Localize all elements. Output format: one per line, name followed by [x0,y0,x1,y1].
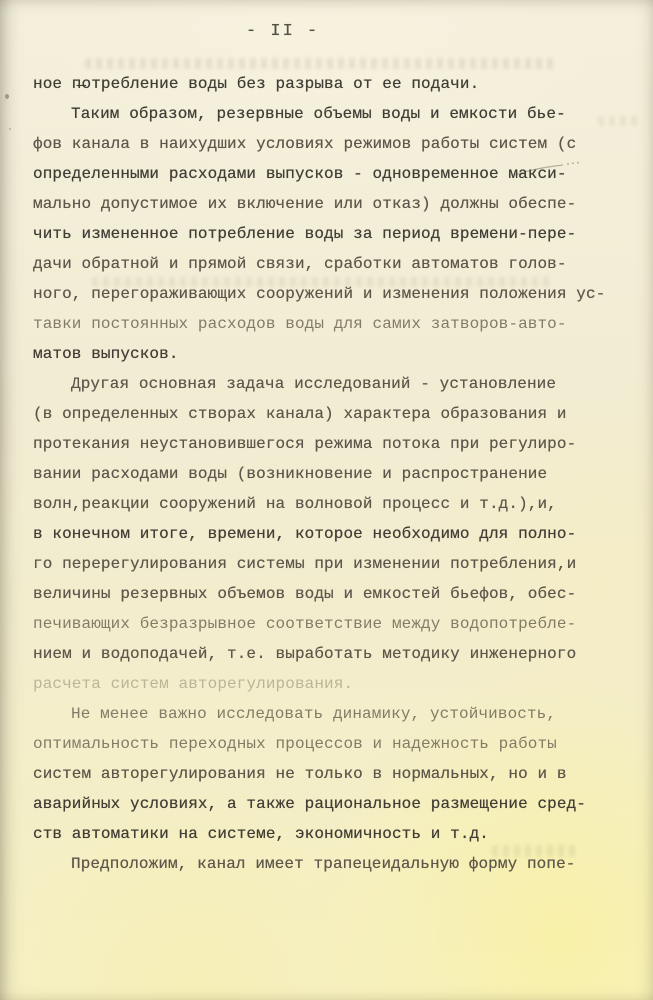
text-line: ное п̶отребление воды без разрыва от ее … [33,69,633,99]
text-line: ного, перегораживающих сооружений и изме… [33,279,633,309]
text-line: Другая основная задача исследований - ус… [33,369,633,399]
text-line: тавки постоянных расходов воды для самих… [33,309,633,339]
text-line: в конечном итоге, времени, которое необх… [33,519,633,549]
bleed-through-smudge [85,58,555,69]
text-line: мально допустимое их включение или отказ… [33,189,633,219]
text-line: Не менее важно исследовать динамику, уст… [33,699,633,729]
text-line: Предположим, канал имеет трапецеидальную… [33,849,633,879]
page-number: - II - [246,22,319,41]
text-line: волн,реакции сооружений на волновой проц… [33,489,633,519]
text-line: расчета систем авторегулирования. [33,669,633,699]
text-line: печивающих безразрывное соответствие меж… [33,609,633,639]
text-line: матов выпусков. [33,339,633,369]
text-line: аварийных условиях, а также рациональное… [33,789,633,819]
text-line: фов канала в наихудших условиях режимов … [33,129,633,159]
document-body: ное п̶отребление воды без разрыва от ее … [33,69,633,879]
text-line: го перерегулирования системы при изменен… [33,549,633,579]
ink-speck [5,94,9,99]
text-line: ств автоматики на системе, экономичность… [33,819,633,849]
text-line: оптимальность переходных процессов и над… [33,729,633,759]
text-line: чить измененное потребление воды за пери… [33,219,633,249]
text-line: Таким образом, резервные объемы воды и е… [33,99,633,129]
text-line: (в определенных створах канала) характер… [33,399,633,429]
text-line: нием и водоподачей, т.е. выработать мето… [33,639,633,669]
text-line: дачи обратной и прямой связи, сработки а… [33,249,633,279]
text-line: протекания неустановившегося режима пото… [33,429,633,459]
text-line: определенными расходами выпусков - однов… [33,159,633,189]
ink-speck [9,128,11,130]
document-page: - II - ное п̶отребление воды без разрыва… [0,0,653,1000]
text-line: вании расходами воды (возникновение и ра… [33,459,633,489]
text-line: систем авторегулирования не только в нор… [33,759,633,789]
text-line: величины резервных объемов воды и емкост… [33,579,633,609]
